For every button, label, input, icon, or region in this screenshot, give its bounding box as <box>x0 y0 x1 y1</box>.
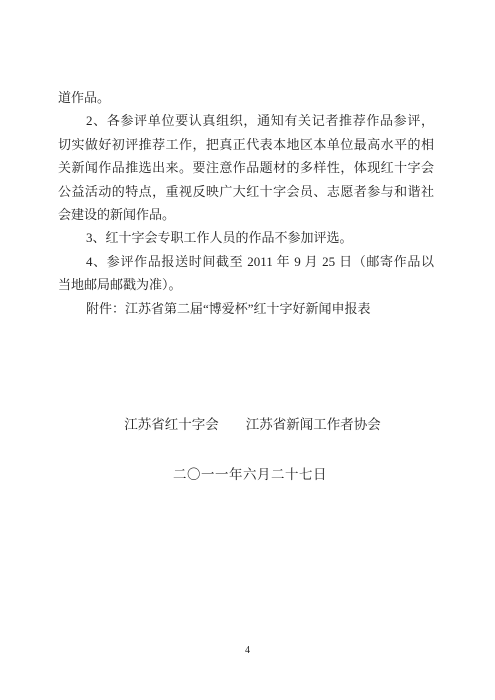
attachment-line: 附件：江苏省第二届“博爱杯”红十字好新闻申报表 <box>58 297 434 320</box>
signature-org-journalists: 江苏省新闻工作者协会 <box>246 417 381 433</box>
document-body: 道作品。 2、各参评单位要认真组织，通知有关记者推荐作品参评， 切实做好初评推荐… <box>58 86 434 320</box>
document-page: 道作品。 2、各参评单位要认真组织，通知有关记者推荐作品参评， 切实做好初评推荐… <box>0 0 495 700</box>
document-date: 二〇一一年六月二十七日 <box>0 463 495 483</box>
body-text-line: 切实做好初评推荐工作，把真正代表本地区本单位最高水平的相 <box>58 133 434 156</box>
body-text-line: 3、红十字会专职工作人员的作品不参加评选。 <box>58 226 434 249</box>
body-text-line: 2、各参评单位要认真组织，通知有关记者推荐作品参评， <box>58 109 434 132</box>
body-text-line: 4、参评作品报送时间截至 2011 年 9 月 25 日（邮寄作品以 <box>58 250 434 273</box>
body-text-line: 当地邮局邮戳为准）。 <box>58 273 434 296</box>
body-text-line: 会建设的新闻作品。 <box>58 203 434 226</box>
body-text-line: 关新闻作品推选出来。要注意作品题材的多样性，体现红十字会 <box>58 156 434 179</box>
signature-org-redcross: 江苏省红十字会 <box>124 417 219 433</box>
body-text-line: 道作品。 <box>58 86 434 109</box>
page-number: 4 <box>0 645 495 656</box>
body-text-line: 公益活动的特点，重视反映广大红十字会员、志愿者参与和谐社 <box>58 180 434 203</box>
signature-block: 江苏省红十字会 江苏省新闻工作者协会 <box>0 417 495 433</box>
